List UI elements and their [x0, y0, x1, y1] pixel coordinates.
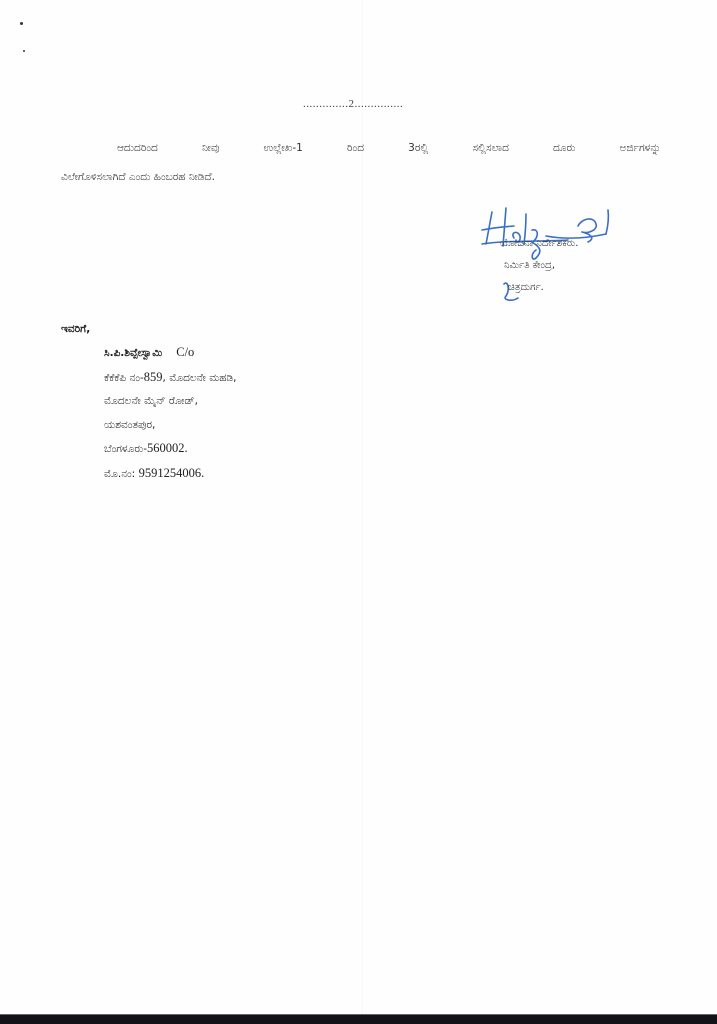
- scan-speck: [20, 22, 23, 25]
- signatory-office: ನಿರ್ಮಿತಿ ಕೇಂದ್ರ,: [504, 260, 555, 271]
- address-line-1-number: 859: [144, 370, 163, 384]
- phone-number: 9591254006.: [139, 466, 205, 480]
- word: ಅರ್ಜಿಗಳನ್ನು: [620, 132, 661, 165]
- address-line-1: ಕೆಕೆಕೆಪಿ ನಂ-859, ಮೊದಲನೇ ಮಹಡಿ,: [104, 366, 237, 391]
- city-pincode-line: ಬೆಂಗಳೂರು-560002.: [104, 437, 237, 462]
- word: ರಿಂದ: [347, 132, 364, 165]
- address-line-1-suffix: , ಮೊದಲನೇ ಮಹಡಿ,: [163, 372, 237, 384]
- body-paragraph: ಆದುದರಿಂದ ನೀವು ಉಲ್ಲೇಖ-1 ರಿಂದ 3ರಲ್ಲಿ ಸಲ್ಲಿ…: [61, 132, 661, 194]
- word: ಸಲ್ಲಿಸಲಾದ: [472, 132, 508, 165]
- signatory-place: ಚಿತ್ರದುರ್ಗ.: [508, 282, 544, 293]
- recipient-address: ಸಿ.ಪಿ.ಶಿವ್ಪೇಸ್ವಾಮಿC/o ಕೆಕೆಕೆಪಿ ನಂ-859, ಮ…: [104, 341, 237, 486]
- scanned-letter-page: ..............2............... ಆದುದರಿಂದ …: [0, 0, 717, 1014]
- phone-label: ಮೊ.ನಂ:: [104, 468, 135, 480]
- scan-speck: [23, 50, 25, 52]
- word: 3ರಲ್ಲಿ: [408, 132, 428, 165]
- word: ದೂರು: [553, 132, 575, 165]
- recipient-name: ಸಿ.ಪಿ.ಶಿವ್ಪೇಸ್ವಾಮಿ: [104, 347, 162, 359]
- handwritten-signature-icon: [478, 200, 678, 310]
- signatory-title: ಯೋಜನಾ ನಿರ್ದೇಶಕರು.: [500, 238, 578, 249]
- recipient-name-line: ಸಿ.ಪಿ.ಶಿವ್ಪೇಸ್ವಾಮಿC/o: [104, 341, 237, 366]
- phone-line: ಮೊ.ನಂ: 9591254006.: [104, 462, 237, 487]
- city-name: ಬೆಂಗಳೂರು-: [104, 443, 147, 455]
- pincode: 560002.: [147, 441, 188, 455]
- address-line-1-prefix: ಕೆಕೆಕೆಪಿ ನಂ-: [104, 372, 144, 384]
- page-number-marker: ..............2...............: [303, 98, 403, 110]
- address-line-3: ಯಶವಂತಪುರ,: [104, 414, 237, 438]
- address-line-2: ಮೊದಲನೇ ಮೈನ್ ರೋಡ್,: [104, 390, 237, 414]
- recipient-to-label: ಇವರಿಗೆ,: [61, 323, 90, 336]
- signature-block: ಯೋಜನಾ ನಿರ್ದೇಶಕರು. ನಿರ್ಮಿತಿ ಕೇಂದ್ರ, ಚಿತ್ರ…: [478, 200, 678, 310]
- body-paragraph-line-2: ವಿಲೇಗೊಳಿಸಲಾಗಿದೆ ಎಂದು ಹಿಂಬರಹ ನೀಡಿದೆ.: [61, 161, 661, 194]
- care-of-label: C/o: [176, 345, 194, 359]
- word: ಉಲ್ಲೇಖ-1: [264, 132, 303, 165]
- bottom-bar: [0, 1014, 717, 1024]
